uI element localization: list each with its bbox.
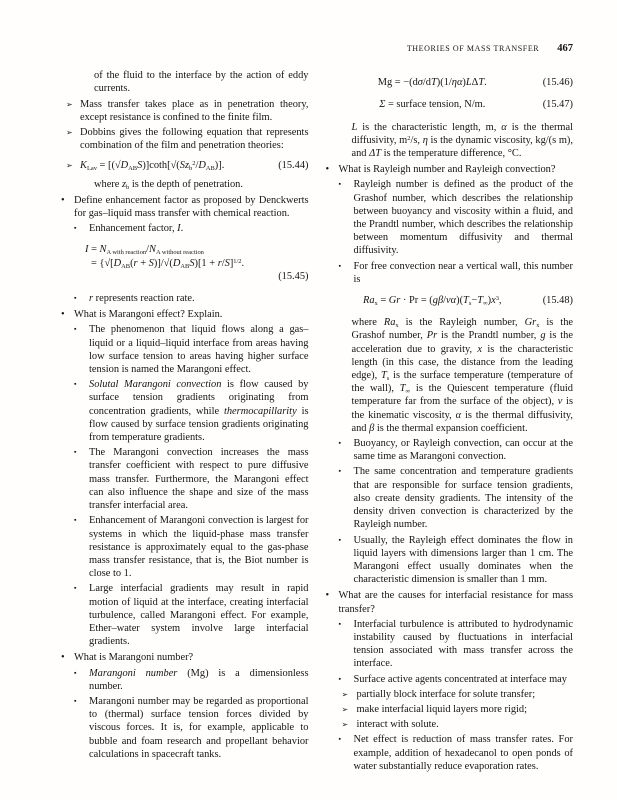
bullet-item: ➢interact with solute. bbox=[326, 718, 574, 731]
bullet-marker: ➢ bbox=[66, 126, 73, 139]
paragraph: of the fluid to the interface by the act… bbox=[61, 69, 309, 95]
item-text: The phenomenon that liquid flows along a… bbox=[89, 324, 309, 375]
left-column: of the fluid to the interface by the act… bbox=[61, 68, 309, 774]
item-text: r represents reaction rate. bbox=[89, 293, 195, 304]
bullet-marker: ▪ bbox=[339, 260, 341, 273]
item-text: Surface active agents concentrated at in… bbox=[354, 674, 567, 685]
bullet-item: ➢Dobbins gives the following equation th… bbox=[61, 126, 309, 152]
item-text: Large interfacial gradients may result i… bbox=[89, 583, 309, 647]
bullet-marker: ➢ bbox=[66, 159, 73, 172]
equation-block: Mg = −(dσ/dT)(1/ηα)LΔT.(15.46) bbox=[326, 76, 574, 89]
bullet-marker: ▪ bbox=[74, 695, 76, 708]
bullet-marker: ▪ bbox=[74, 582, 76, 595]
equation-number: (15.46) bbox=[543, 76, 573, 89]
bullet-item: ▪Large interfacial gradients may result … bbox=[61, 582, 309, 648]
item-text: What is Marangoni effect? Explain. bbox=[74, 309, 222, 320]
two-column-body: of the fluid to the interface by the act… bbox=[61, 68, 573, 774]
bullet-marker: ▪ bbox=[339, 733, 341, 746]
bullet-item: ▪Interfacial turbulence is attributed to… bbox=[326, 618, 574, 671]
bullet-item: ▪Enhancement factor, I. bbox=[61, 222, 309, 235]
equation-line: Rax = Gr · Pr = (gβ/να)(Ts−T∞)x3, bbox=[326, 294, 574, 307]
bullet-marker: ➢ bbox=[342, 703, 349, 716]
item-text: Define enhancement factor as proposed by… bbox=[74, 195, 309, 219]
bullet-item: ▪Solutal Marangoni convection is flow ca… bbox=[61, 378, 309, 444]
bullet-marker: • bbox=[61, 308, 65, 321]
item-text: Dobbins gives the following equation tha… bbox=[80, 127, 309, 151]
item-text: What is Rayleigh number and Rayleigh con… bbox=[339, 164, 556, 175]
bullet-item: ▪The same concentration and temperature … bbox=[326, 465, 574, 531]
bullet-item: ➢partially block interface for solute tr… bbox=[326, 688, 574, 701]
bullet-item: ▪r represents reaction rate. bbox=[61, 292, 309, 305]
bullet-item: •What is Marangoni effect? Explain. bbox=[61, 308, 309, 321]
equation-line: I = NA with reaction/NA without reaction bbox=[61, 243, 309, 256]
running-title: THEORIES OF MASS TRANSFER bbox=[407, 42, 539, 55]
item-text: Marangoni number (Mg) is a dimensionless… bbox=[89, 668, 309, 692]
bullet-item: •Define enhancement factor as proposed b… bbox=[61, 194, 309, 220]
equation-block: Rax = Gr · Pr = (gβ/να)(Ts−T∞)x3,(15.48) bbox=[326, 294, 574, 307]
item-text: Usually, the Rayleigh effect dominates t… bbox=[354, 535, 574, 586]
bullet-marker: • bbox=[326, 163, 330, 176]
item-text: The same concentration and temperature g… bbox=[354, 466, 574, 530]
item-text: Rayleigh number is defined as the produc… bbox=[354, 179, 574, 256]
bullet-marker: ➢ bbox=[342, 718, 349, 731]
bullet-marker: ▪ bbox=[339, 437, 341, 450]
item-text: What is Marangoni number? bbox=[74, 652, 193, 663]
equation-number: (15.48) bbox=[543, 294, 573, 307]
bullet-item: ▪The Marangoni convection increases the … bbox=[61, 446, 309, 512]
bullet-item: ➢Mass transfer takes place as in penetra… bbox=[61, 98, 309, 124]
bullet-marker: ▪ bbox=[74, 446, 76, 459]
bullet-marker: ➢ bbox=[342, 688, 349, 701]
item-text: Mass transfer takes place as in penetrat… bbox=[80, 99, 309, 123]
item-text: For free convection near a vertical wall… bbox=[354, 261, 574, 285]
item-text: The Marangoni convection increases the m… bbox=[89, 447, 309, 511]
bullet-marker: ▪ bbox=[339, 534, 341, 547]
bullet-marker: ▪ bbox=[339, 465, 341, 478]
bullet-marker: ▪ bbox=[74, 222, 76, 235]
item-text: What are the causes for interfacial resi… bbox=[339, 590, 574, 614]
bullet-marker: ▪ bbox=[74, 292, 76, 305]
item-text: Solutal Marangoni convection is flow cau… bbox=[89, 379, 309, 443]
item-text: Buoyancy, or Rayleigh convection, can oc… bbox=[354, 438, 574, 462]
item-text: Net effect is reduction of mass transfer… bbox=[354, 734, 574, 771]
bullet-item: •What are the causes for interfacial res… bbox=[326, 589, 574, 615]
bullet-item: ▪Enhancement of Marangoni convection is … bbox=[61, 514, 309, 580]
bullet-marker: ▪ bbox=[339, 673, 341, 686]
bullet-marker: • bbox=[61, 651, 65, 664]
bullet-marker: ➢ bbox=[66, 98, 73, 111]
document-page: THEORIES OF MASS TRANSFER 467 of the flu… bbox=[0, 0, 617, 800]
item-text: Interfacial turbulence is attributed to … bbox=[354, 619, 574, 670]
bullet-item: •What is Marangoni number? bbox=[61, 651, 309, 664]
bullet-marker: • bbox=[326, 589, 330, 602]
page-header: THEORIES OF MASS TRANSFER 467 bbox=[61, 42, 573, 55]
bullet-item: ▪Net effect is reduction of mass transfe… bbox=[326, 733, 574, 773]
bullet-item: ▪Surface active agents concentrated at i… bbox=[326, 673, 574, 686]
bullet-item: ▪Usually, the Rayleigh effect dominates … bbox=[326, 534, 574, 587]
bullet-marker: ▪ bbox=[339, 178, 341, 191]
equation-number: (15.45) bbox=[61, 270, 309, 283]
bullet-marker: ▪ bbox=[74, 323, 76, 336]
paragraph: L is the characteristic length, m, α is … bbox=[326, 121, 574, 161]
bullet-item: ▪For free convection near a vertical wal… bbox=[326, 260, 574, 286]
equation-block: I = NA with reaction/NA without reaction… bbox=[61, 243, 309, 283]
item-text: interact with solute. bbox=[357, 719, 439, 730]
equation-bullet: ➢KLav = [(√DABS)]coth[√(Szb2/DAB)].(15.4… bbox=[61, 159, 309, 172]
bullet-item: ▪Buoyancy, or Rayleigh convection, can o… bbox=[326, 437, 574, 463]
paragraph: where Rax is the Rayleigh number, Grx is… bbox=[326, 316, 574, 435]
equation-number: (15.47) bbox=[543, 98, 573, 111]
bullet-marker: ▪ bbox=[74, 378, 76, 391]
bullet-item: ▪Marangoni number (Mg) is a dimensionles… bbox=[61, 667, 309, 693]
equation-block: Σ = surface tension, N/m.(15.47) bbox=[326, 98, 574, 111]
bullet-item: ▪Marangoni number may be regarded as pro… bbox=[61, 695, 309, 761]
equation-line: Mg = −(dσ/dT)(1/ηα)LΔT. bbox=[326, 76, 574, 89]
bullet-marker: ▪ bbox=[74, 514, 76, 527]
item-text: Enhancement of Marangoni convection is l… bbox=[89, 515, 309, 579]
paragraph: where zb is the depth of penetration. bbox=[61, 178, 309, 191]
bullet-marker: ▪ bbox=[74, 667, 76, 680]
item-text: KLav = [(√DABS)]coth[√(Szb2/DAB)]. bbox=[80, 160, 224, 171]
equation-line: Σ = surface tension, N/m. bbox=[326, 98, 574, 111]
item-text: make interfacial liquid layers more rigi… bbox=[357, 704, 528, 715]
equation-number: (15.44) bbox=[278, 159, 308, 172]
item-text: Enhancement factor, I. bbox=[89, 223, 183, 234]
bullet-item: ▪Rayleigh number is defined as the produ… bbox=[326, 178, 574, 257]
bullet-item: ➢make interfacial liquid layers more rig… bbox=[326, 703, 574, 716]
bullet-item: •What is Rayleigh number and Rayleigh co… bbox=[326, 163, 574, 176]
equation-line: = {√[DAB(r + S)]/√(DABS)[1 + r/S]1/2. bbox=[61, 257, 309, 270]
page-number: 467 bbox=[557, 42, 573, 55]
bullet-item: ▪The phenomenon that liquid flows along … bbox=[61, 323, 309, 376]
item-text: Marangoni number may be regarded as prop… bbox=[89, 696, 309, 760]
bullet-marker: • bbox=[61, 194, 65, 207]
right-column: Mg = −(dσ/dT)(1/ηα)LΔT.(15.46)Σ = surfac… bbox=[326, 68, 574, 774]
bullet-marker: ▪ bbox=[339, 618, 341, 631]
item-text: partially block interface for solute tra… bbox=[357, 689, 536, 700]
